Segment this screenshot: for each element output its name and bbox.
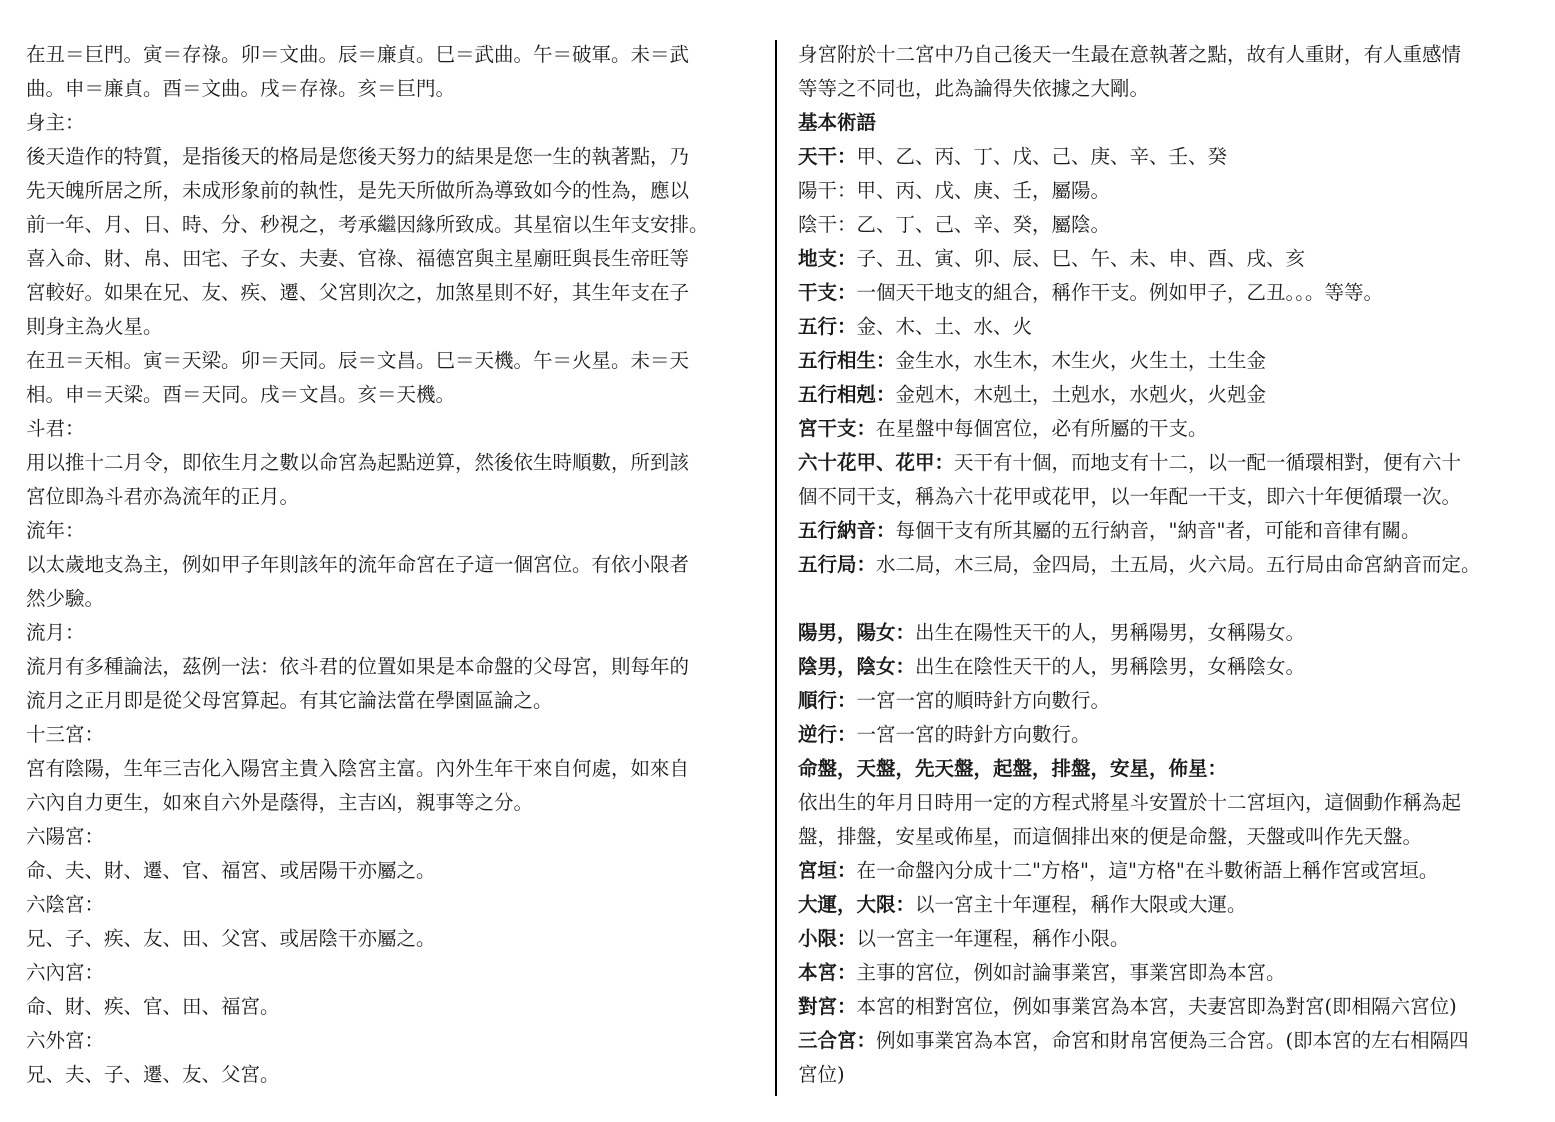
text-line: 後天造作的特質，是指後天的格局是您後天努力的結果是您一生的執著點，乃 [26,140,761,174]
term-label: 六十花甲、花甲： [798,451,954,474]
term-entry: 天干：甲、乙、丙、丁、戊、己、庚、辛、壬、癸 [798,140,1543,174]
term-definition: 甲、乙、丙、丁、戊、己、庚、辛、壬、癸 [857,145,1228,168]
term-label: 小限： [798,927,857,950]
term-definition: 依出生的年月日時用一定的方程式將星斗安置於十二宮垣內，這個動作稱為起 [798,791,1461,814]
term-definition: 個不同干支，稱為六十花甲或花甲，以一年配一干支，即六十年便循環一次。 [798,485,1461,508]
text-line: 以太歲地支為主，例如甲子年則該年的流年命宮在子這一個宮位。有依小限者 [26,548,761,582]
term-label: 五行相剋： [798,383,896,406]
section-label: 六外宮： [26,1024,761,1058]
intro-line: 等等之不同也，此為論得失依據之大剛。 [798,72,1543,106]
term-label: 五行： [798,315,857,338]
term-definition: 宮位) [798,1063,845,1086]
term-definition: 金剋木，木剋土，土剋水，水剋火，火剋金 [896,383,1267,406]
term-definition: 以一宮主一年運程，稱作小限。 [857,927,1130,950]
section-label: 六內宮： [26,956,761,990]
term-definition: 金生水，水生木，木生火，火生土，土生金 [896,349,1267,372]
text-line: 流月有多種論法，茲例一法：依斗君的位置如果是本命盤的父母宮，則每年的 [26,650,761,684]
term-definition: 天干有十個，而地支有十二，以一配一循環相對，便有六十 [954,451,1461,474]
term-label: 宮垣： [798,859,857,882]
term-definition: 乙、丁、己、辛、癸，屬陰。 [857,213,1111,236]
column-divider [775,40,777,1096]
text-line: 命、財、疾、官、田、福宮。 [26,990,761,1024]
term-entry: 陰干：乙、丁、己、辛、癸，屬陰。 [798,208,1543,242]
section-label: 流月： [26,616,761,650]
term-definition: 水二局，木三局，金四局，土五局，火六局。五行局由命宮納音而定。 [876,553,1481,576]
text-line: 前一年、月、日、時、分、秒視之，考承繼因緣所致成。其星宿以生年支安排。 [26,208,761,242]
term-definition: 一個天干地支的組合，稱作干支。例如甲子，乙丑。。。等等。 [857,281,1384,304]
term-definition: 金、木、土、水、火 [857,315,1033,338]
term-entry: 五行相生：金生水，水生木，木生火，火生土，土生金 [798,344,1543,378]
section-label: 身主： [26,106,761,140]
term-label: 陽男，陽女： [798,621,915,644]
term-definition: 例如事業宮為本宮，命宮和財帛宮便為三合宮。(即本宮的左右相隔四 [876,1029,1469,1052]
term-entry: 五行局：水二局，木三局，金四局，土五局，火六局。五行局由命宮納音而定。 [798,548,1543,582]
term-entry: 命盤，天盤，先天盤，起盤，排盤，安星，佈星： [798,752,1543,786]
term-label: 天干： [798,145,857,168]
text-line: 喜入命、財、帛、田宅、子女、夫妻、官祿、福德宮與主星廟旺與長生帝旺等 [26,242,761,276]
term-entry: 小限：以一宮主一年運程，稱作小限。 [798,922,1543,956]
term-label: 順行： [798,689,857,712]
text-line: 在丑＝天相。寅＝天梁。卯＝天同。辰＝文昌。巳＝天機。午＝火星。未＝天 [26,344,761,378]
text-line: 兄、子、疾、友、田、父宮、或居陰干亦屬之。 [26,922,761,956]
term-definition: 一宮一宮的時針方向數行。 [857,723,1091,746]
text-line: 流月之正月即是從父母宮算起。有其它論法當在學園區論之。 [26,684,761,718]
intro-line: 身宮附於十二宮中乃自己後天一生最在意執著之點，故有人重財，有人重感情 [798,38,1543,72]
term-definition: 甲、丙、戊、庚、壬，屬陽。 [857,179,1111,202]
text-line: 宮較好。如果在兄、友、疾、遷、父宮則次之，加煞星則不好，其生年支在子 [26,276,761,310]
term-entry: 五行相剋：金剋木，木剋土，土剋水，水剋火，火剋金 [798,378,1543,412]
term-definition: 出生在陰性天干的人，男稱陰男，女稱陰女。 [915,655,1305,678]
term-label: 逆行： [798,723,857,746]
text-line: 則身主為火星。 [26,310,761,344]
term-entry: 五行納音：每個干支有所其屬的五行納音，"納音"者，可能和音律有關。 [798,514,1543,548]
term-entry: 本宮：主事的宮位，例如討論事業宮，事業宮即為本宮。 [798,956,1543,990]
text-line: 宮有陰陽，生年三吉化入陽宮主貴入陰宮主富。內外生年干來自何處，如來自 [26,752,761,786]
text-line: 然少驗。 [26,582,761,616]
term-continuation: 依出生的年月日時用一定的方程式將星斗安置於十二宮垣內，這個動作稱為起 [798,786,1543,820]
term-entry: 逆行：一宮一宮的時針方向數行。 [798,718,1543,752]
text-line: 六內自力更生，如來自六外是蔭得，主吉凶，親事等之分。 [26,786,761,820]
section-label: 六陽宮： [26,820,761,854]
term-label: 地支： [798,247,857,270]
text-line: 在丑＝巨門。寅＝存祿。卯＝文曲。辰＝廉貞。巳＝武曲。午＝破軍。未＝武 [26,38,761,72]
term-entry: 陰男，陰女：出生在陰性天干的人，男稱陰男，女稱陰女。 [798,650,1543,684]
term-definition: 在一命盤內分成十二"方格"，這"方格"在斗數術語上稱作宮或宮垣。 [857,859,1439,882]
term-label: 五行納音： [798,519,896,542]
term-label: 陰男，陰女： [798,655,915,678]
term-definition: 盤，排盤，安星或佈星，而這個排出來的便是命盤，天盤或叫作先天盤。 [798,825,1422,848]
text-line: 兄、夫、子、遷、友、父宮。 [26,1058,761,1092]
term-definition: 在星盤中每個宮位，必有所屬的干支。 [876,417,1208,440]
right-column: 身宮附於十二宮中乃自己後天一生最在意執著之點，故有人重財，有人重感情 等等之不同… [798,38,1543,1092]
term-entry: 大運，大限：以一宮主十年運程，稱作大限或大運。 [798,888,1543,922]
term-definition: 出生在陽性天干的人，男稱陽男，女稱陽女。 [915,621,1305,644]
term-entry: 六十花甲、花甲：天干有十個，而地支有十二，以一配一循環相對，便有六十 [798,446,1543,480]
text-line: 相。申＝天梁。酉＝天同。戌＝文昌。亥＝天機。 [26,378,761,412]
term-entry: 宮干支：在星盤中每個宮位，必有所屬的干支。 [798,412,1543,446]
term-label: 五行局： [798,553,876,576]
term-entry: 順行：一宮一宮的順時針方向數行。 [798,684,1543,718]
section-label: 六陰宮： [26,888,761,922]
term-label: 宮干支： [798,417,876,440]
term-entry: 三合宮：例如事業宮為本宮，命宮和財帛宮便為三合宮。(即本宮的左右相隔四 [798,1024,1543,1058]
term-entry: 干支：一個天干地支的組合，稱作干支。例如甲子，乙丑。。。等等。 [798,276,1543,310]
term-continuation: 盤，排盤，安星或佈星，而這個排出來的便是命盤，天盤或叫作先天盤。 [798,820,1543,854]
term-entry: 陽干：甲、丙、戊、庚、壬，屬陽。 [798,174,1543,208]
blank-line [798,582,1543,616]
term-label: 五行相生： [798,349,896,372]
term-entry: 五行：金、木、土、水、火 [798,310,1543,344]
term-definition: 子、丑、寅、卯、辰、巳、午、未、申、酉、戌、亥 [857,247,1306,270]
text-line: 宮位即為斗君亦為流年的正月。 [26,480,761,514]
term-entry: 陽男，陽女：出生在陽性天干的人，男稱陽男，女稱陽女。 [798,616,1543,650]
term-label: 命盤，天盤，先天盤，起盤，排盤，安星，佈星： [798,757,1227,780]
term-continuation: 個不同干支，稱為六十花甲或花甲，以一年配一干支，即六十年便循環一次。 [798,480,1543,514]
left-column: 在丑＝巨門。寅＝存祿。卯＝文曲。辰＝廉貞。巳＝武曲。午＝破軍。未＝武 曲。申＝廉… [26,38,761,1092]
term-definition: 一宮一宮的順時針方向數行。 [857,689,1111,712]
term-entry: 地支：子、丑、寅、卯、辰、巳、午、未、申、酉、戌、亥 [798,242,1543,276]
section-heading: 基本術語 [798,106,1543,140]
term-label: 本宮： [798,961,857,984]
term-definition: 以一宮主十年運程，稱作大限或大運。 [915,893,1247,916]
section-label: 十三宮： [26,718,761,752]
term-definition: 本宮的相對宮位，例如事業宮為本宮，夫妻宮即為對宮(即相隔六宮位) [857,995,1457,1018]
term-entry: 對宮：本宮的相對宮位，例如事業宮為本宮，夫妻宮即為對宮(即相隔六宮位) [798,990,1543,1024]
text-line: 命、夫、財、遷、官、福宮、或居陽干亦屬之。 [26,854,761,888]
term-label: 陽干： [798,179,857,202]
term-label: 對宮： [798,995,857,1018]
term-label: 三合宮： [798,1029,876,1052]
section-label: 流年： [26,514,761,548]
text-line: 曲。申＝廉貞。酉＝文曲。戌＝存祿。亥＝巨門。 [26,72,761,106]
text-line: 用以推十二月令，即依生月之數以命宮為起點逆算，然後依生時順數，所到該 [26,446,761,480]
term-continuation: 宮位) [798,1058,1543,1092]
term-label: 陰干： [798,213,857,236]
section-label: 斗君： [26,412,761,446]
term-definition: 主事的宮位，例如討論事業宮，事業宮即為本宮。 [857,961,1286,984]
text-line: 先天魄所居之所，未成形象前的執性，是先天所做所為導致如今的性為，應以 [26,174,761,208]
term-label: 干支： [798,281,857,304]
term-label: 大運，大限： [798,893,915,916]
term-entry: 宮垣：在一命盤內分成十二"方格"，這"方格"在斗數術語上稱作宮或宮垣。 [798,854,1543,888]
term-definition: 每個干支有所其屬的五行納音，"納音"者，可能和音律有關。 [896,519,1421,542]
